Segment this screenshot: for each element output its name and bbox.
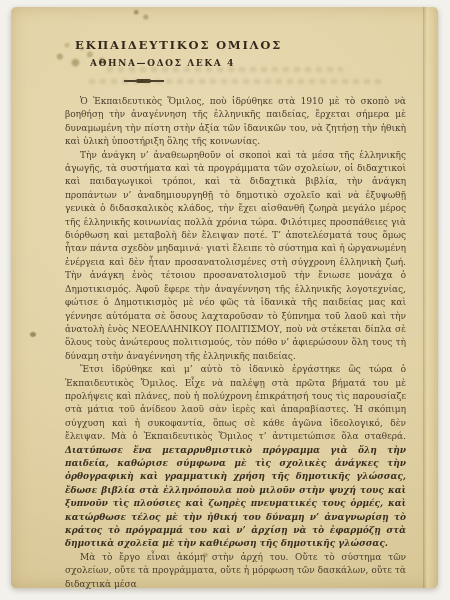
stain-top-edge [129, 8, 153, 22]
page-fold-edge [423, 7, 438, 588]
paragraph-intro: Ὁ Ἐκπαιδευτικὸς Ὅμιλος, ποὺ ἱδρύθηκε στὰ… [65, 96, 406, 150]
paragraph-closing: Μὰ τὸ ἔργο εἶναι ἀκόμη στὴν ἀρχή του. Οὔ… [65, 552, 406, 592]
reform-program-emphasis: Διατύπωσε ἕνα μεταρρυθμιστικὸ πρόγραμμα … [65, 446, 406, 550]
stain-speck-left [30, 332, 36, 337]
paragraph-omilos-work-lead: Ἔτσι ἱδρύθηκε καὶ μ’ αὐτὸ τὸ ἰδανικὸ ἐργ… [65, 365, 406, 442]
body-text: Ὁ Ἐκπαιδευτικὸς Ὅμιλος, ποὺ ἱδρύθηκε στὰ… [65, 96, 406, 592]
document-page: ΕΚΠΑΙΔΕΥΤΙΚΟΣ ΟΜΙΛΟΣ ΑΘΗΝΑ—ΟΔΟΣ ΛΕΚΑ 4 Ὁ… [11, 7, 438, 588]
organization-title: ΕΚΠΑΙΔΕΥΤΙΚΟΣ ΟΜΙΛΟΣ [75, 38, 282, 52]
show-through-text-line [89, 79, 381, 84]
paragraph-need-for-reform: Τὴν ἀνάγκη ν’ ἀναθεωρηθοῦν οἱ σκοποὶ καὶ… [65, 150, 406, 365]
paragraph-omilos-work: Ἔτσι ἱδρύθηκε καὶ μ’ αὐτὸ τὸ ἰδανικὸ ἐργ… [65, 364, 406, 552]
show-through-text-line [107, 67, 343, 72]
